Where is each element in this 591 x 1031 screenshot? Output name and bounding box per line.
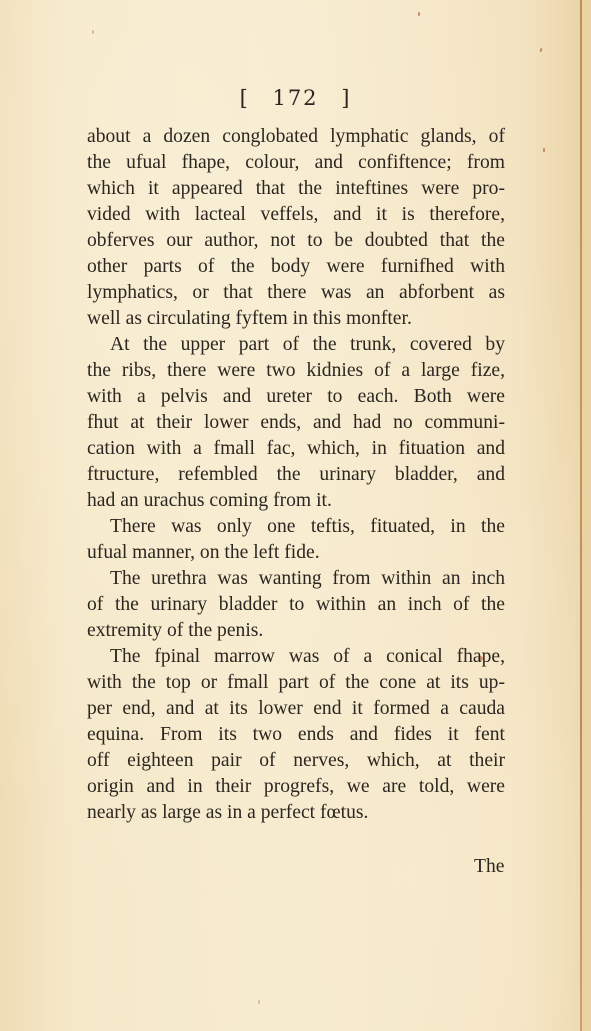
paper-speck (418, 12, 420, 16)
text-line: lymphatics, or that there was an abforbe… (87, 280, 505, 306)
text-line: vided with lacteal veffels, and it is th… (87, 202, 505, 228)
paper-speck (539, 48, 542, 52)
text-line: ufual manner, on the left fide. (87, 540, 505, 566)
text-line: about a dozen conglobated lymphatic glan… (87, 124, 505, 150)
text-line: At the upper part of the trunk, covered … (87, 332, 505, 358)
paper-speck (258, 1000, 260, 1004)
page-fold-line (580, 0, 582, 1031)
text-line: had an urachus coming from it. (87, 488, 505, 514)
text-line: nearly as large as in a perfect fœtus. (87, 800, 505, 826)
text-line: the ufual fhape, colour, and confiftence… (87, 150, 505, 176)
text-line: with a pelvis and ureter to each. Both w… (87, 384, 505, 410)
text-line: cation with a fmall fac, which, in fitua… (87, 436, 505, 462)
text-line: There was only one teftis, fituated, in … (87, 514, 505, 540)
text-line: obferves our author, not to be doubted t… (87, 228, 505, 254)
text-line: ftructure, refembled the urinary bladder… (87, 462, 505, 488)
text-line: The fpinal marrow was of a conical fhape… (87, 644, 505, 670)
text-line: well as circulating fyftem in this monft… (87, 306, 505, 332)
adjacent-page-edge (582, 0, 591, 1031)
text-line: The urethra was wanting from within an i… (87, 566, 505, 592)
page-number: 172 (272, 86, 318, 110)
text-line: of the urinary bladder to within an inch… (87, 592, 505, 618)
paragraph-testis: There was only one teftis, fituated, in … (87, 514, 505, 566)
text-line: off eighteen pair of nerves, which, at t… (87, 748, 505, 774)
text-line: which it appeared that the inteftines we… (87, 176, 505, 202)
page-header: [ 172 ] (0, 86, 591, 110)
text-line: other parts of the body were furnifhed w… (87, 254, 505, 280)
text-line: extremity of the penis. (87, 618, 505, 644)
text-line: fhut at their lower ends, and had no com… (87, 410, 505, 436)
text-line: with the top or fmall part of the cone a… (87, 670, 505, 696)
catchword: The (474, 856, 504, 878)
text-line: equina. From its two ends and fides it f… (87, 722, 505, 748)
paper-speck (92, 30, 94, 34)
header-bracket-left: [ (240, 86, 250, 110)
text-line: origin and in their progrefs, we are tol… (87, 774, 505, 800)
text-line: the ribs, there were two kidnies of a la… (87, 358, 505, 384)
text-line: per end, and at its lower end it formed … (87, 696, 505, 722)
paper-speck (543, 148, 545, 152)
paragraph-spinal-marrow: The fpinal marrow was of a conical fhape… (87, 644, 505, 826)
body-text: about a dozen conglobated lymphatic glan… (87, 124, 505, 826)
paragraph-lymphatics: about a dozen conglobated lymphatic glan… (87, 124, 505, 332)
paragraph-kidnies: At the upper part of the trunk, covered … (87, 332, 505, 514)
header-bracket-right: ] (341, 86, 351, 110)
paragraph-urethra: The urethra was wanting from within an i… (87, 566, 505, 644)
